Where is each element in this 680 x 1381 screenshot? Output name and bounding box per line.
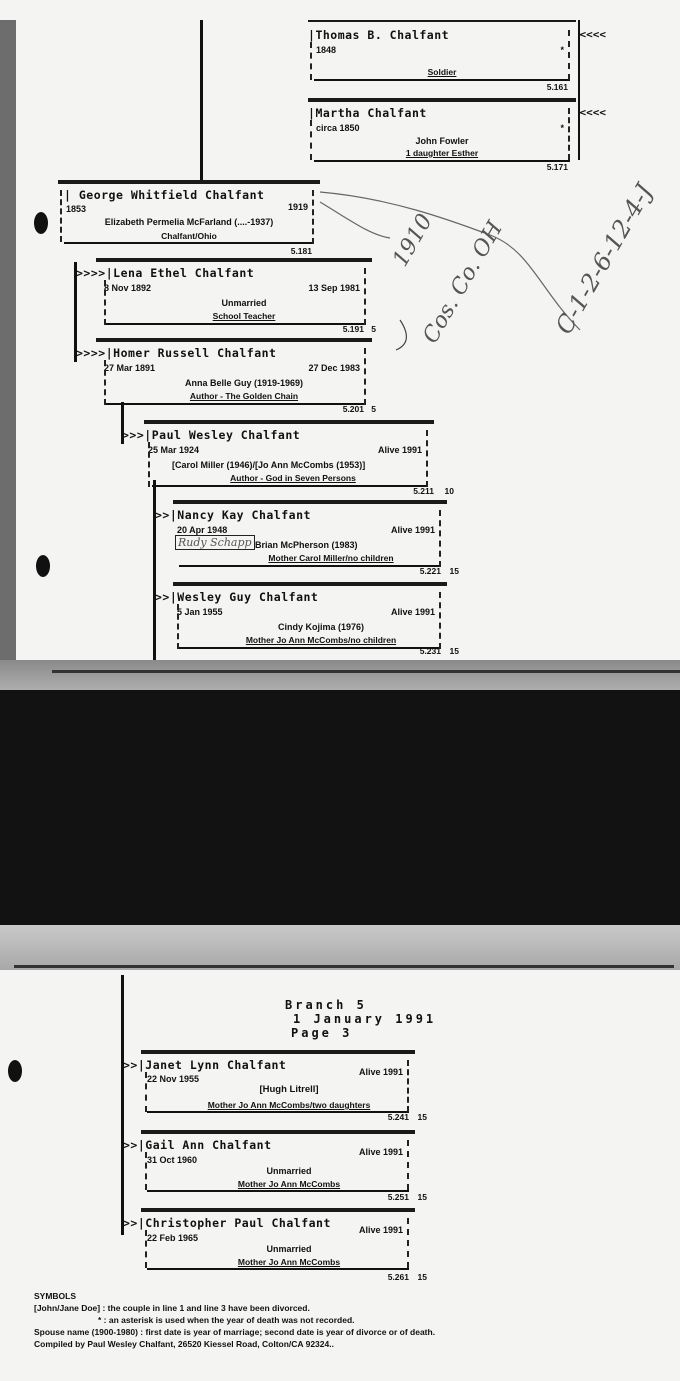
tree-connector	[200, 20, 203, 180]
border-right	[439, 510, 443, 567]
person-name: >>|Janet Lynn Chalfant	[123, 1058, 286, 1072]
continuation-arrows: <<<<	[580, 28, 607, 41]
birth-date: 31 Oct 1960	[147, 1155, 197, 1165]
reference-number: 5.251	[388, 1192, 409, 1202]
underline	[314, 160, 570, 162]
person-name: | George Whitfield Chalfant	[64, 188, 264, 202]
birth-date: 22 Feb 1965	[147, 1233, 198, 1243]
handwritten-spouse-note: Rudy Schapp	[175, 535, 255, 550]
continuation-arrows: <<<<	[580, 106, 607, 119]
birth-date: 27 Mar 1891	[104, 363, 155, 373]
death-date: *	[560, 123, 564, 133]
punch-hole	[8, 1060, 22, 1082]
border-right	[568, 30, 572, 80]
reference-number: 5.171	[547, 162, 568, 172]
border-left	[104, 360, 108, 405]
person-name: |Martha Chalfant	[308, 106, 427, 120]
note: Mother Jo Ann McCombs	[163, 1257, 415, 1267]
border-right	[426, 430, 430, 487]
border-right	[407, 1218, 411, 1268]
birth-date: 25 Mar 1924	[148, 445, 199, 455]
person-name: >>>>|Lena Ethel Chalfant	[76, 266, 254, 280]
underline	[179, 647, 441, 649]
entry-divider	[308, 20, 576, 22]
punch-hole	[34, 212, 48, 234]
reference-number: 5.231	[420, 646, 441, 656]
note: Author - The Golden Chain	[116, 391, 372, 401]
spouse: Cindy Kojima (1976)	[195, 622, 447, 632]
person-name: >>|Christopher Paul Chalfant	[123, 1216, 331, 1230]
entry-divider	[141, 1208, 415, 1212]
compiler-credit: Compiled by Paul Wesley Chalfant, 26520 …	[34, 1338, 435, 1350]
entry-divider	[141, 1050, 415, 1054]
birth-date: 20 Apr 1948	[177, 525, 227, 535]
underline	[314, 79, 570, 81]
note: Mother Carol Miller/no children	[215, 553, 447, 563]
person-name: >>>>|Homer Russell Chalfant	[76, 346, 276, 360]
note: Author - God in Seven Persons	[152, 473, 434, 483]
underline	[106, 403, 366, 405]
border-left	[310, 120, 314, 160]
border-left	[177, 604, 181, 649]
spouse: Brian McPherson (1983)	[255, 540, 447, 550]
death-date: *	[560, 45, 564, 55]
reference-number: 5.261	[388, 1272, 409, 1282]
generation-number: 15	[450, 646, 459, 656]
entry-wesley: >>|Wesley Guy Chalfant 5 Jan 1955 Alive …	[155, 582, 447, 662]
border-left	[148, 442, 152, 487]
entry-divider	[173, 582, 447, 586]
generation-number: 15	[418, 1112, 427, 1122]
generation-number: 10	[445, 486, 454, 496]
entry-paul: >>>|Paul Wesley Chalfant 25 Mar 1924 Ali…	[122, 420, 434, 500]
border-left	[145, 1152, 149, 1190]
punch-hole	[36, 555, 50, 577]
death-date: Alive 1991	[359, 1067, 403, 1077]
page-header: Branch 5 1 January 1991 Page 3	[285, 998, 436, 1040]
spouse: [Carol Miller (1946)/[Jo Ann McCombs (19…	[122, 460, 434, 470]
person-name: >>>|Paul Wesley Chalfant	[122, 428, 300, 442]
underline	[147, 1111, 409, 1113]
birth-date: 1848	[316, 45, 336, 55]
entry-divider	[141, 1130, 415, 1134]
spouse: [Hugh Litrell]	[163, 1084, 415, 1095]
generation-number: 15	[450, 566, 459, 576]
scan-black-band	[0, 690, 680, 930]
person-name: |Thomas B. Chalfant	[308, 28, 449, 42]
birth-date: circa 1850	[316, 123, 360, 133]
symbols-title: SYMBOLS	[34, 1290, 435, 1302]
note: Mother Jo Ann McCombs/two daughters	[163, 1100, 415, 1110]
reference-number: 5.241	[388, 1112, 409, 1122]
death-date: Alive 1991	[359, 1225, 403, 1235]
border-left	[60, 190, 64, 242]
entry-martha: |Martha Chalfant <<<< circa 1850 * John …	[308, 98, 576, 178]
generation-number: 15	[418, 1272, 427, 1282]
entry-christopher: >>|Christopher Paul Chalfant 22 Feb 1965…	[123, 1208, 415, 1288]
scan-band	[0, 925, 680, 970]
note: 1 daughter Esther	[308, 148, 576, 158]
entry-nancy: >>|Nancy Kay Chalfant 20 Apr 1948 Alive …	[155, 500, 447, 580]
birth-date: 5 Jan 1955	[177, 607, 223, 617]
underline	[147, 1190, 409, 1192]
symbols-line: * : an asterisk is used when the year of…	[34, 1314, 435, 1326]
person-name: >>|Gail Ann Chalfant	[123, 1138, 272, 1152]
entry-george: | George Whitfield Chalfant 1853 1919 El…	[58, 180, 320, 262]
branch-label: Branch 5	[285, 998, 367, 1012]
scan-edge-shadow	[0, 20, 16, 660]
note: Chalfant/Ohio	[58, 231, 320, 241]
reference-number: 5.201	[343, 404, 364, 414]
death-date: Alive 1991	[378, 445, 422, 455]
underline	[179, 565, 441, 567]
entry-divider	[173, 500, 447, 504]
symbols-legend: SYMBOLS [John/Jane Doe] : the couple in …	[34, 1290, 435, 1350]
spouse: Unmarried	[163, 1244, 415, 1254]
spouse: John Fowler	[308, 136, 576, 146]
entry-janet: >>|Janet Lynn Chalfant 22 Nov 1955 Alive…	[123, 1050, 415, 1130]
border-left	[145, 1072, 149, 1112]
birth-date: 8 Nov 1892	[104, 283, 151, 293]
border-left	[310, 42, 314, 80]
symbols-line: [John/Jane Doe] : the couple in line 1 a…	[34, 1302, 435, 1314]
reference-number: 5.211	[413, 486, 434, 496]
spouse: Elizabeth Permelia McFarland (....-1937)	[58, 217, 320, 227]
note: Mother Jo Ann McCombs	[163, 1179, 415, 1189]
generation-number: 5	[371, 404, 376, 414]
entry-divider	[58, 180, 320, 184]
birth-date: 1853	[66, 204, 86, 214]
border-right	[568, 108, 572, 160]
tree-connector	[578, 20, 580, 160]
note: Mother Jo Ann McCombs/no children	[195, 635, 447, 645]
death-date: Alive 1991	[359, 1147, 403, 1157]
person-name: >>|Nancy Kay Chalfant	[155, 508, 311, 522]
reference-number: 5.221	[420, 566, 441, 576]
border-right	[407, 1140, 411, 1190]
entry-divider	[308, 98, 576, 102]
entry-gail: >>|Gail Ann Chalfant 31 Oct 1960 Alive 1…	[123, 1130, 415, 1210]
entry-divider	[144, 420, 434, 424]
death-date: Alive 1991	[391, 525, 435, 535]
border-right	[407, 1060, 411, 1112]
generation-number: 15	[418, 1192, 427, 1202]
symbols-line: Spouse name (1900-1980) : first date is …	[34, 1326, 435, 1338]
scan-line	[14, 965, 674, 968]
death-date: Alive 1991	[391, 607, 435, 617]
birth-date: 22 Nov 1955	[147, 1074, 199, 1084]
border-right	[439, 592, 443, 649]
underline	[64, 242, 314, 244]
underline	[152, 485, 428, 487]
person-name: >>|Wesley Guy Chalfant	[155, 590, 318, 604]
date-label: 1 January 1991	[285, 1012, 436, 1026]
border-left	[104, 280, 108, 325]
page-label: Page 3	[285, 1026, 352, 1040]
scan-line	[52, 670, 680, 673]
note: Soldier	[308, 67, 576, 77]
underline	[147, 1268, 409, 1270]
reference-number: 5.161	[547, 82, 568, 92]
entry-thomas: |Thomas B. Chalfant <<<< 1848 * Soldier …	[308, 20, 576, 100]
border-left	[145, 1230, 149, 1268]
spouse: Unmarried	[163, 1166, 415, 1176]
